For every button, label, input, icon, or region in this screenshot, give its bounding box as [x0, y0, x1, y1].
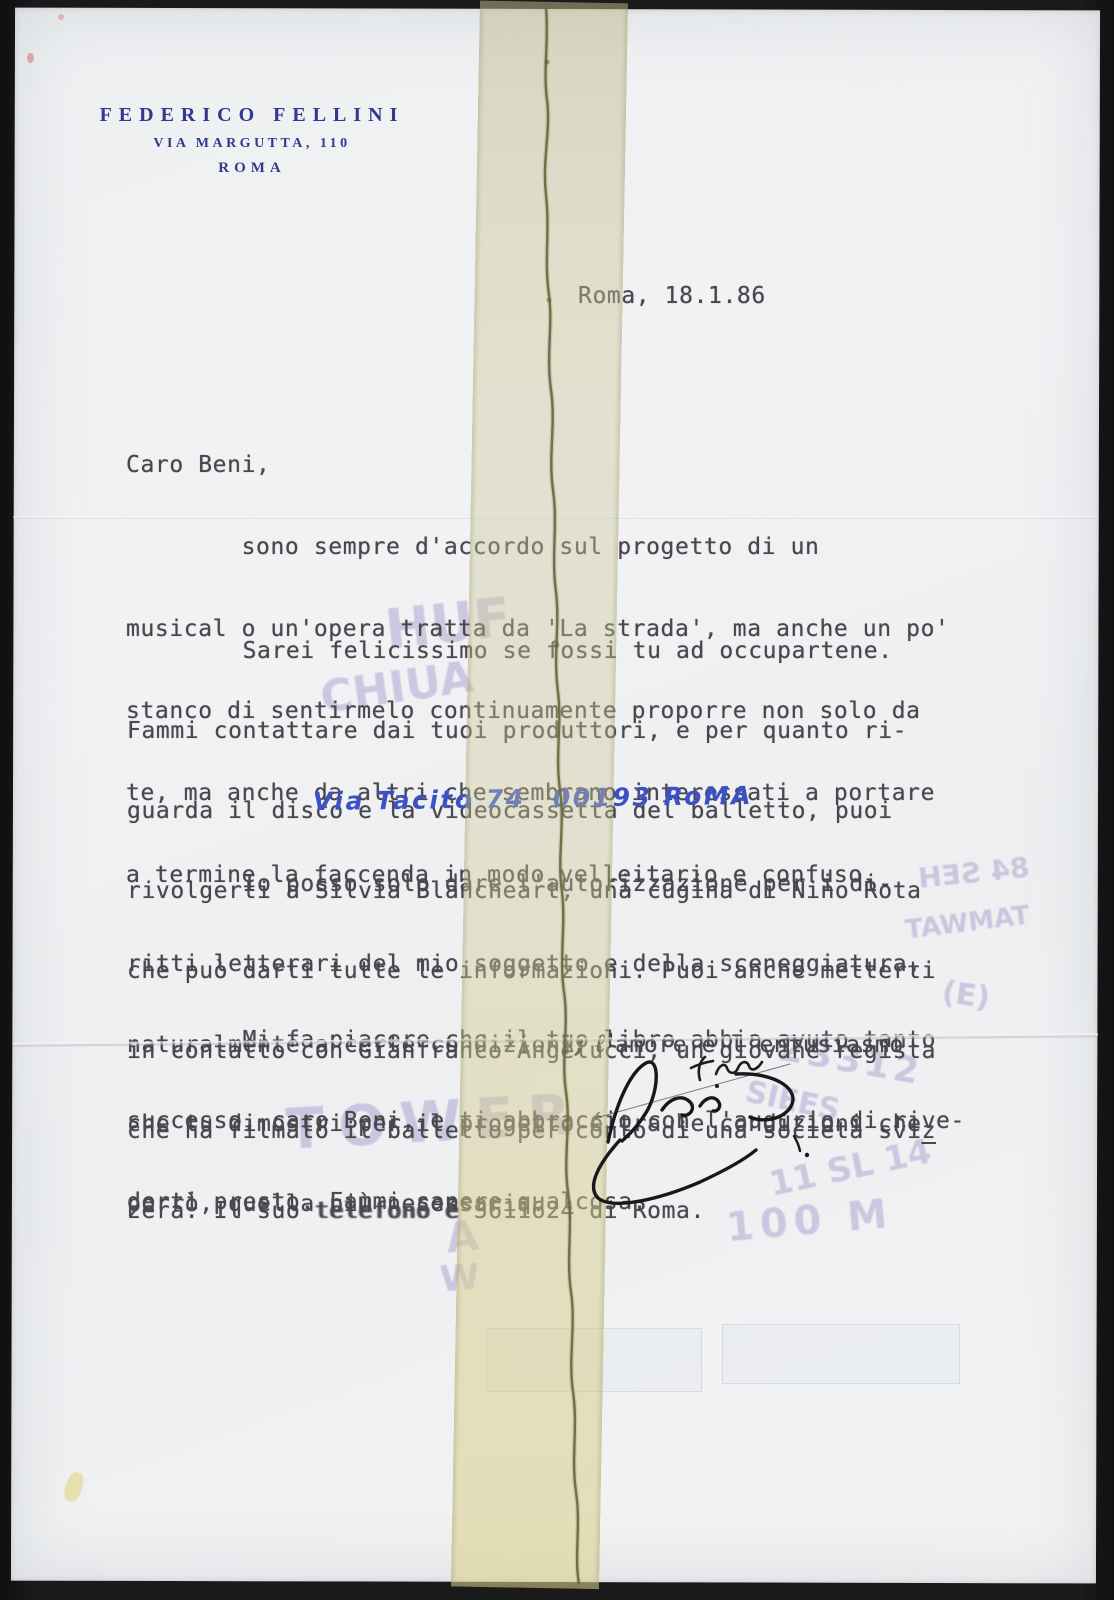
- letterhead-street: VIA MARGUTTA, 110: [92, 136, 412, 152]
- pink-spot: [27, 53, 34, 63]
- pink-spot: [58, 14, 64, 20]
- letterhead-name: FEDERICO FELLINI: [92, 104, 412, 127]
- letterhead-city: ROMA: [92, 160, 412, 177]
- tape-strip: [451, 1, 628, 1589]
- ghost-stamp-box: [722, 1324, 960, 1384]
- scanned-letter: HUF CHIUA 84 SEH TAMWAT (E) 23312 SIEES …: [0, 0, 1114, 1600]
- letterhead: FEDERICO FELLINI VIA MARGUTTA, 110 ROMA: [92, 104, 412, 177]
